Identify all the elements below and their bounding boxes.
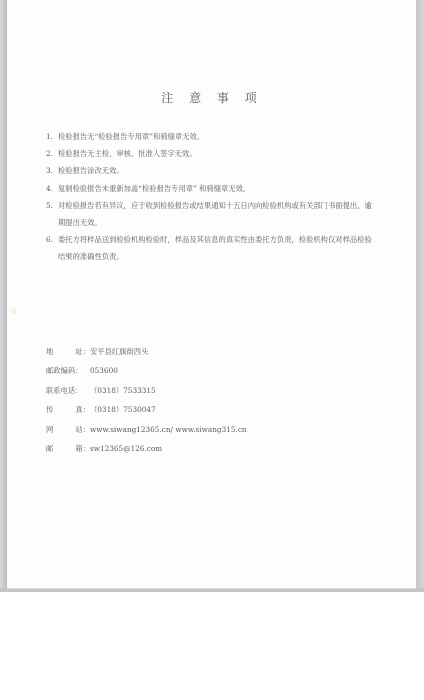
label-char: 站： <box>75 420 90 439</box>
contact-email: 邮 箱： sw12365@126.com <box>46 439 247 458</box>
note-item: 1. 检验报告无“检验报告专用章”和骑缝章无效。 <box>46 128 376 145</box>
note-text: 委托方将样品送到检验机构检验时，样品及其信息的真实性由委托方负责，检验机构仅对样… <box>58 231 376 265</box>
document-title: 注 意 事 项 <box>0 89 424 106</box>
scan-speck <box>11 308 17 314</box>
phone-label: 联系电话： <box>46 381 90 400</box>
note-number: 5. <box>46 197 58 231</box>
note-number: 1. <box>46 128 58 145</box>
address-label: 地 址： <box>46 342 90 361</box>
contact-postcode: 邮政编码： 053600 <box>46 361 247 380</box>
contact-fax: 传 真： （0318）7530047 <box>46 400 247 419</box>
postcode-label: 邮政编码： <box>46 361 90 380</box>
contact-phone: 联系电话： （0318）7533315 <box>46 381 247 400</box>
note-number: 4. <box>46 180 58 197</box>
note-text: 复制检验报告未重新加盖“检验报告专用章” 和骑缝章无效。 <box>58 180 376 197</box>
label-char: 箱： <box>75 439 90 458</box>
note-number: 3. <box>46 162 58 179</box>
fax-label: 传 真： <box>46 400 90 419</box>
label-char: 邮 <box>46 439 53 458</box>
website-label: 网 站： <box>46 420 90 439</box>
website-value: www.siwang12365.cn/ www.siwang315.cn <box>90 420 247 439</box>
phone-value: （0318）7533315 <box>90 381 156 400</box>
note-text: 检验报告无“检验报告专用章”和骑缝章无效。 <box>58 128 376 145</box>
note-text: 检验报告涂改无效。 <box>58 162 376 179</box>
address-value: 安平县红旗街西头 <box>90 342 148 361</box>
label-char: 传 <box>46 400 53 419</box>
note-item: 3. 检验报告涂改无效。 <box>46 162 376 179</box>
label-char: 真： <box>75 400 90 419</box>
email-value: sw12365@126.com <box>90 439 162 458</box>
label-char: 网 <box>46 420 53 439</box>
email-label: 邮 箱： <box>46 439 90 458</box>
note-item: 5. 对检验报告若有异议，应于收到检验报告或结果通知十五日内向检验机构或有关部门… <box>46 197 376 231</box>
contact-info: 地 址： 安平县红旗街西头 邮政编码： 053600 联系电话： （0318）7… <box>46 342 247 458</box>
label-char: 址： <box>75 342 90 361</box>
notes-list: 1. 检验报告无“检验报告专用章”和骑缝章无效。 2. 检验报告无主检、审核、批… <box>46 128 376 266</box>
contact-website: 网 站： www.siwang12365.cn/ www.siwang315.c… <box>46 420 247 439</box>
note-item: 2. 检验报告无主检、审核、批准人签字无效。 <box>46 145 376 162</box>
note-item: 4. 复制检验报告未重新加盖“检验报告专用章” 和骑缝章无效。 <box>46 180 376 197</box>
postcode-value: 053600 <box>90 361 118 380</box>
note-text: 对检验报告若有异议，应于收到检验报告或结果通知十五日内向检验机构或有关部门书面提… <box>58 197 376 231</box>
note-text: 检验报告无主检、审核、批准人签字无效。 <box>58 145 376 162</box>
fax-value: （0318）7530047 <box>90 400 156 419</box>
label-char: 地 <box>46 342 53 361</box>
contact-address: 地 址： 安平县红旗街西头 <box>46 342 247 361</box>
note-number: 6. <box>46 231 58 265</box>
note-number: 2. <box>46 145 58 162</box>
note-item: 6. 委托方将样品送到检验机构检验时，样品及其信息的真实性由委托方负责，检验机构… <box>46 231 376 265</box>
